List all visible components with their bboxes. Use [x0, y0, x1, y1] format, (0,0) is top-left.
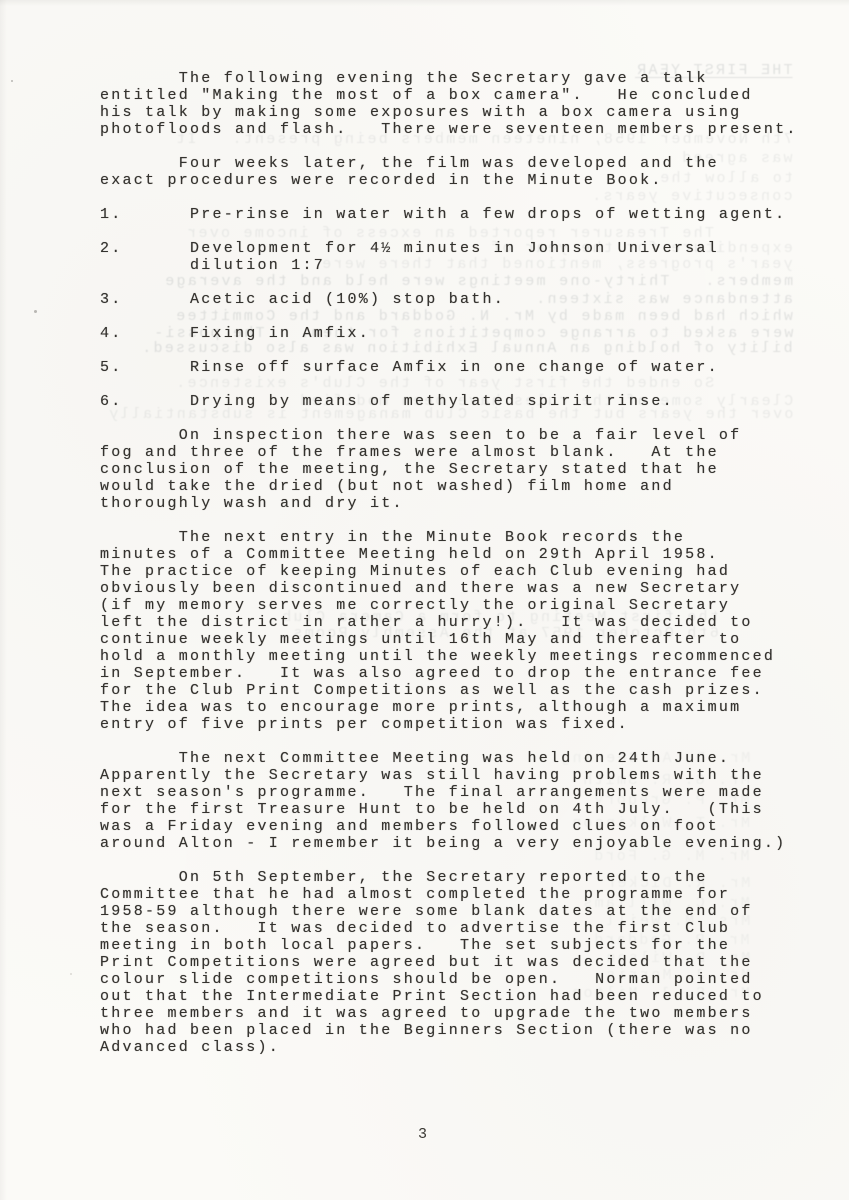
paper-speck: [70, 973, 72, 975]
typed-text: The following evening the Secretary gave…: [100, 70, 798, 1073]
paragraph-inspection: On inspection there was seen to be a fai…: [100, 427, 798, 512]
paragraph-talk-box-camera: The following evening the Secretary gave…: [100, 70, 798, 138]
list-item-2: 2. Development for 4½ minutes in Johnson…: [100, 240, 798, 274]
list-item-3: 3. Acetic acid (10%) stop bath.: [100, 291, 798, 308]
list-item-1: 1. Pre-rinse in water with a few drops o…: [100, 206, 798, 223]
paper-speck: [34, 310, 37, 313]
list-item-4: 4. Fixing in Amfix.: [100, 325, 798, 342]
paper-speck: [11, 80, 13, 82]
list-item-6: 6. Drying by means of methylated spirit …: [100, 393, 798, 410]
list-item-5: 5. Rinse off surface Amfix in one change…: [100, 359, 798, 376]
paragraph-committee-june: The next Committee Meeting was held on 2…: [100, 750, 798, 852]
paragraph-film-developed: Four weeks later, the film was developed…: [100, 155, 798, 189]
document-page: THE FIRST YEAR7th November 1958, ninetee…: [0, 0, 849, 1200]
page-number: 3: [418, 1126, 429, 1143]
paragraph-september-report: On 5th September, the Secretary reported…: [100, 869, 798, 1056]
paragraph-minute-book-april: The next entry in the Minute Book record…: [100, 529, 798, 733]
